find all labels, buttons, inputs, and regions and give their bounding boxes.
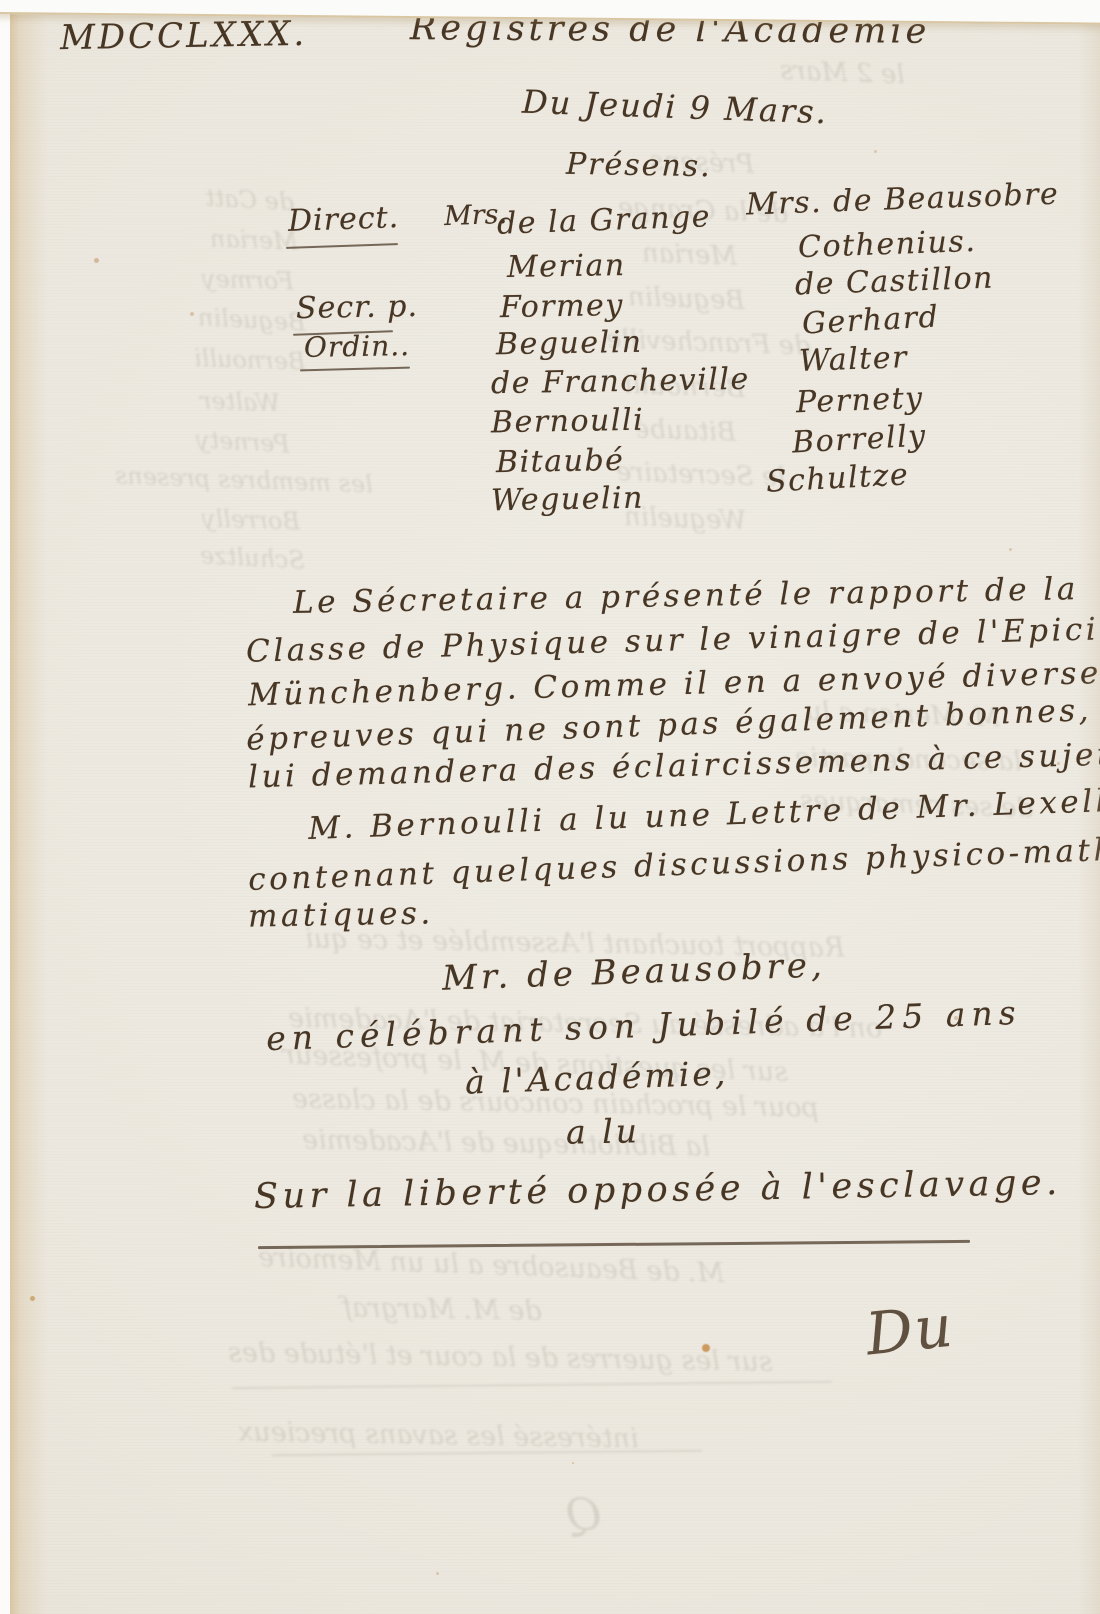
bleedthrough-line: Pernety [195,426,290,459]
bleedthrough-line: intéressé les savans precieux [238,1417,639,1455]
bleedthrough-line: Beguelin [628,282,746,316]
presens-heading: Présens. [566,147,712,185]
attendee-name: Bernoulli [491,403,645,441]
minutes-line: matiques. [248,895,434,934]
bleedthrough-line: M. de Beausobre a lu un Memoire [258,1242,725,1289]
attendee-name: Schultze [765,457,910,499]
bleedthrough-line: Bitaubé [634,414,737,448]
role-label-secr: Secr. p. [296,289,419,326]
bleedthrough-line: les membres presens [115,462,374,499]
attendee-name: de la Grange [496,199,711,241]
bleedthrough-line: Merian [642,238,738,271]
attendee-name: Walter [798,340,908,379]
role-label-direct: Direct. [287,200,399,239]
foxing-spot [30,1296,35,1301]
bleedthrough-line: Formey [202,264,295,295]
bleedthrough-line: Borrelly [202,504,301,535]
attendee-name: Formey [500,288,624,325]
bleedthrough-line: Beguelin [197,303,306,337]
attendee-name: Beguelin [496,325,643,363]
foxing-spot [572,1462,574,1464]
foxing-spot [1009,548,1012,551]
foxing-spot [94,258,99,263]
bleedthrough-line: la Bibliotheque de l'Academie [302,1124,711,1162]
jubilee-line: en célébrant son Jubilé de 25 ans [266,993,1023,1058]
bleedthrough-line: Merian [210,224,299,255]
attendee-name: Borrelly [791,418,927,460]
lecture-title-underline [258,1240,970,1249]
role-underline [300,367,410,372]
lecture-title: Sur la liberté opposée à l'esclavage. [254,1163,1062,1217]
bleedthrough-line: Schultze [199,541,305,574]
attendee-name: Bitaubé [496,443,625,480]
bleedthrough-line: de Catt [204,184,294,217]
attendee-name: Gerhard [801,299,940,341]
bleedthrough-line: Walter [200,387,281,418]
catchword: Du [863,1292,957,1369]
bleedthrough-line: le 2 Mars [780,56,906,90]
attendee-name: de Francheville [491,362,750,402]
bleedthrough-underline [232,1381,832,1389]
foxing-spot [874,150,877,153]
manuscript-page: de Catt Merian Formey Beguelin Bernoulli… [10,0,1100,1614]
role-label-ordin: Ordin.. [304,329,411,364]
bleedthrough-line: Q [566,1490,602,1541]
foxing-spot [190,312,194,316]
attendee-name: Mrs. de Beausobre [745,177,1059,223]
session-date: Du Jeudi 9 Mars. [521,83,828,132]
bleedthrough-line: sur les guerres de la cour et l'étude de… [228,1337,773,1378]
attendee-name: Weguelin [491,481,645,519]
bleedthrough-line: Bernoulli [194,344,307,376]
bleedthrough-line: de M. Margraf [342,1292,542,1326]
manuscript-scan: de Catt Merian Formey Beguelin Bernoulli… [0,0,1100,1614]
foxing-spot [436,1572,439,1575]
attendee-name: de Castillon [794,261,994,303]
role-underline [286,243,398,249]
attendee-name: Pernety [795,381,924,420]
jubilee-line: a lu [566,1111,641,1151]
minutes-line: Le Sécretaire a présenté le rapport de l… [293,571,1079,621]
attendee-name: Cothenius. [797,224,976,265]
year-label: MDCCLXXX. [60,14,308,58]
attendee-name: Merian [507,248,626,285]
foxing-spot [702,1344,710,1352]
